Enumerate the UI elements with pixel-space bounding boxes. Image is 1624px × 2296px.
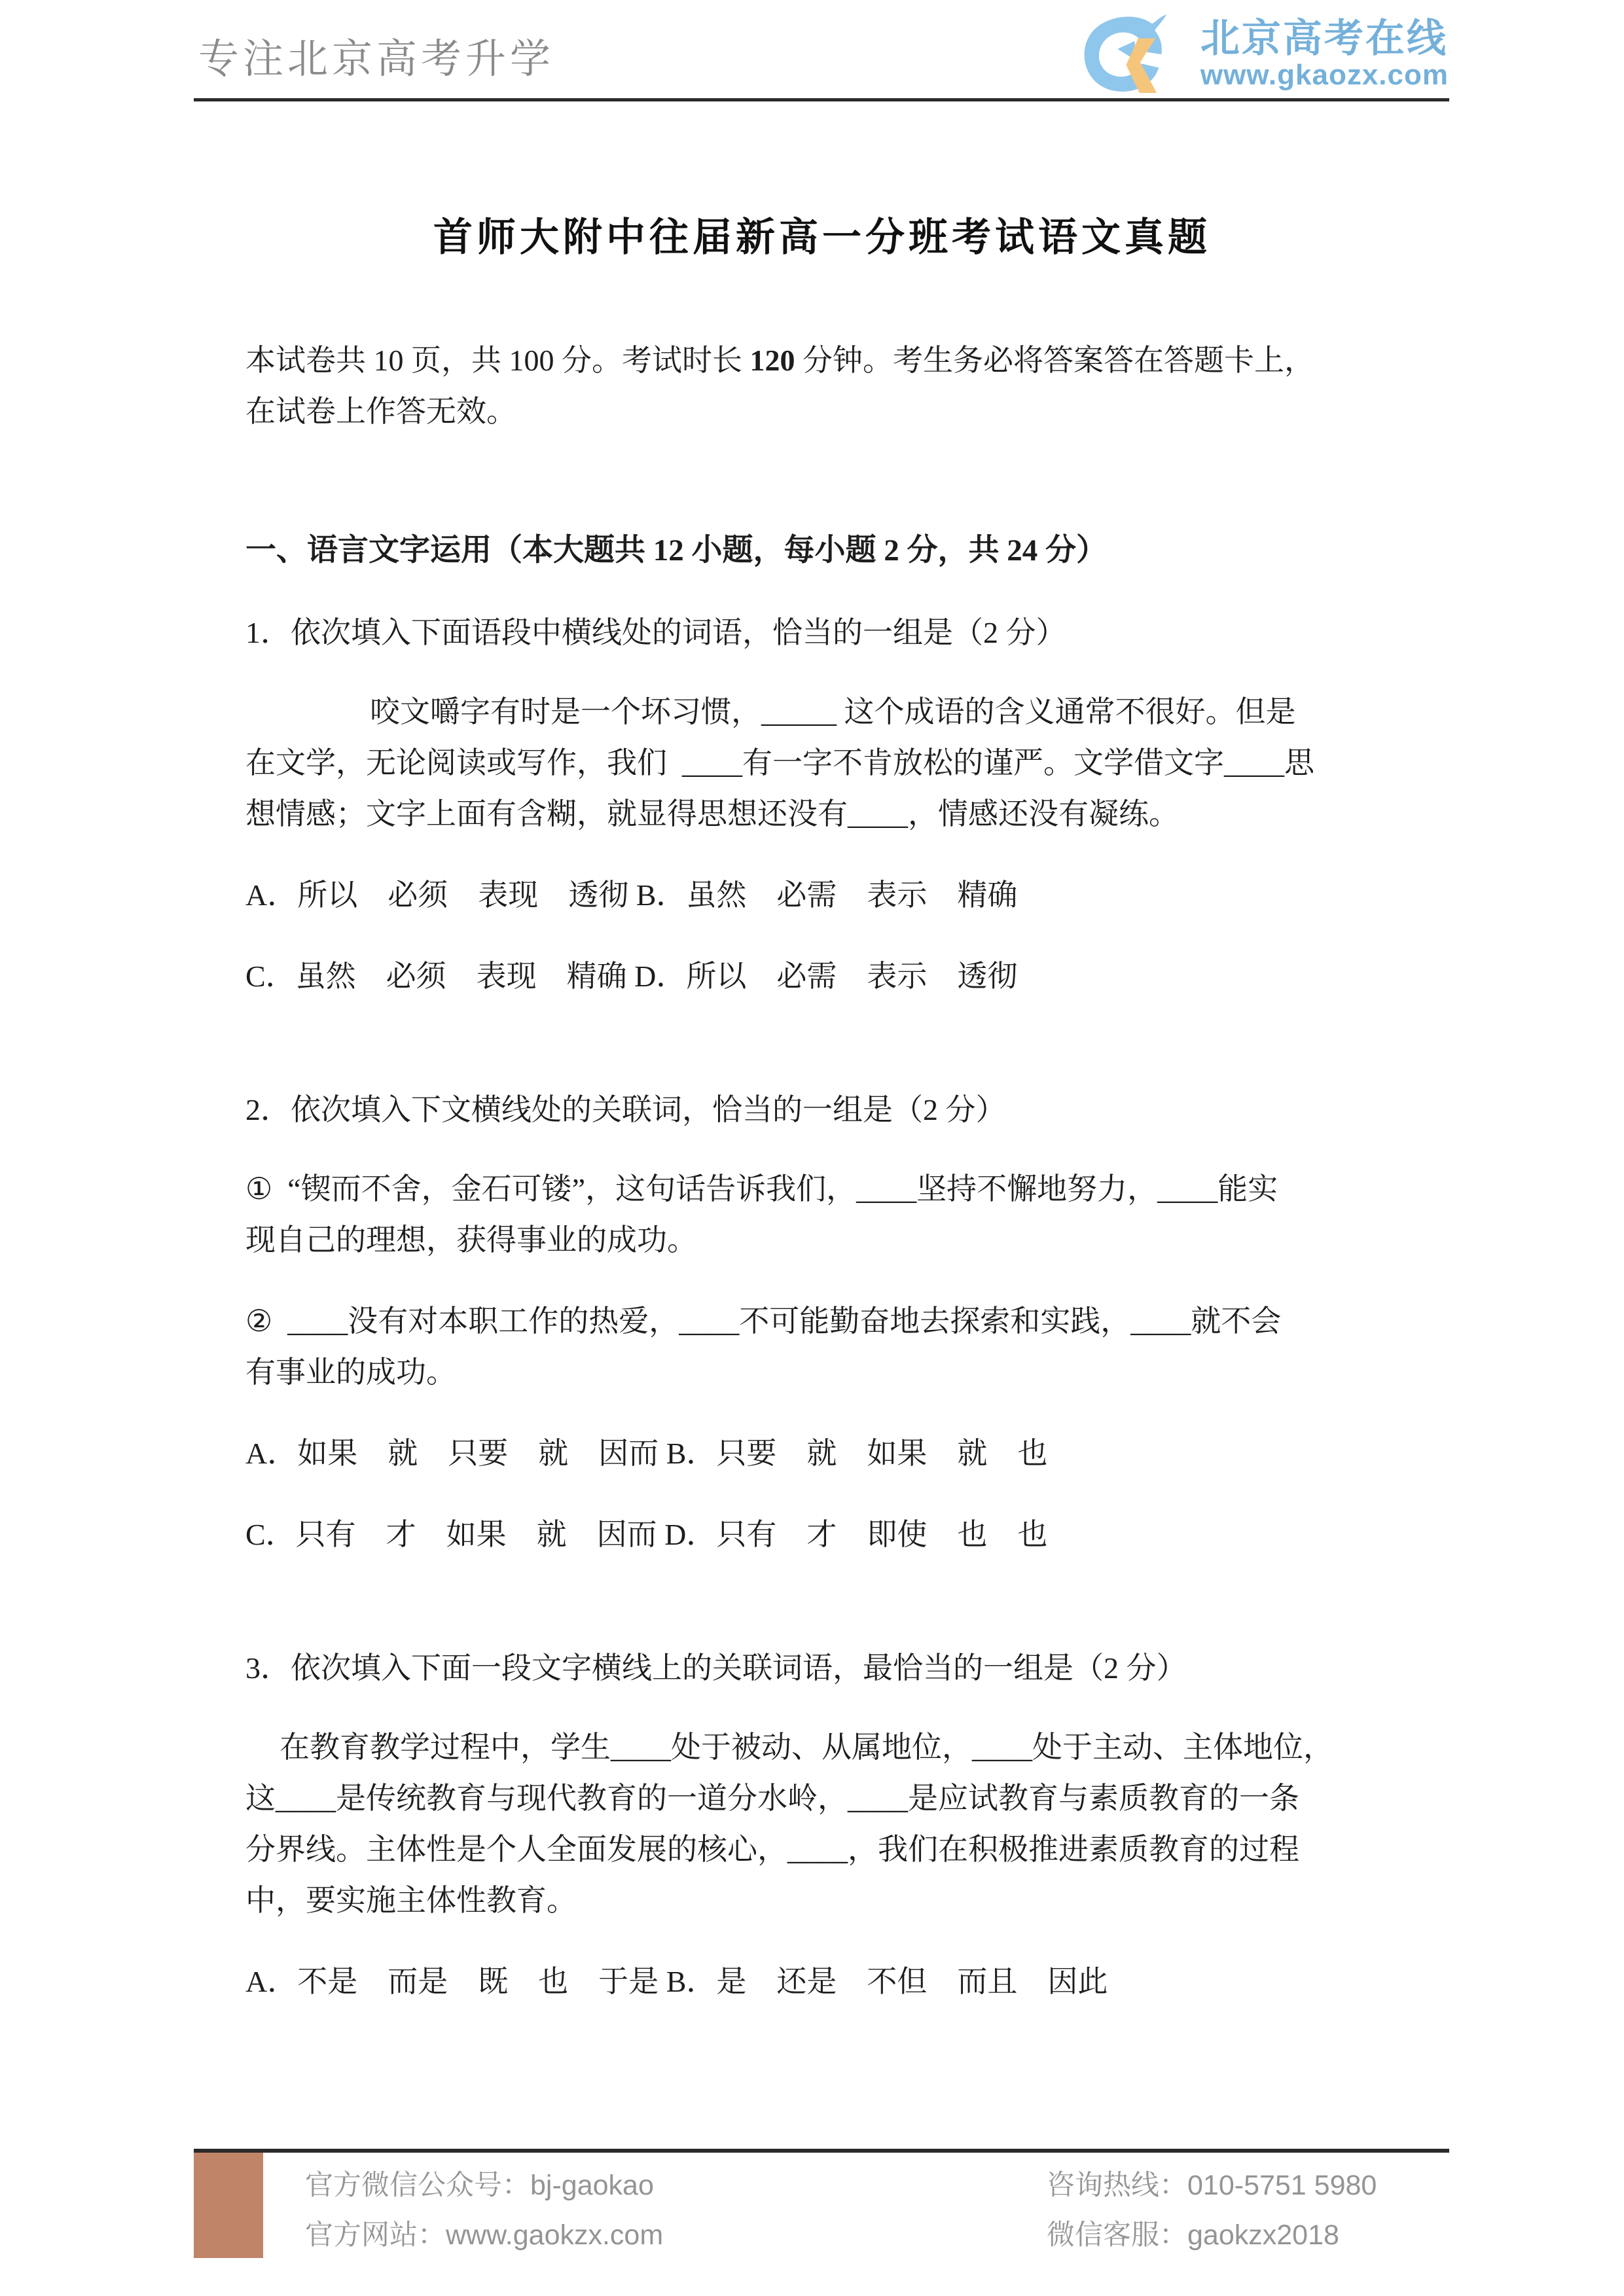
passage-line: ① “锲而不舍，金石可镂”，这句话告诉我们，____坚持不懈地努力，____能实 bbox=[245, 1164, 1399, 1215]
passage-line: 分界线。主体性是个人全面发展的核心，____，我们在积极推进素质教育的过程 bbox=[245, 1824, 1399, 1875]
site-logo: 北京高考在线 www.gkaozx.com bbox=[1074, 14, 1449, 93]
footer-accent-block bbox=[194, 2153, 263, 2258]
question-2-item-2: ② ____没有对本职工作的热爱，____不可能勤奋地去探索和实践，____就不… bbox=[245, 1296, 1399, 1398]
exam-content: 首师大附中往届新高一分班考试语文真题 本试卷共 10 页，共 100 分。考试时… bbox=[245, 213, 1399, 2037]
footer-wechat-account: 官方微信公众号：bj-gaokao bbox=[305, 2161, 663, 2210]
question-2-stem: 2．依次填入下文横线处的关联词，恰当的一组是（2 分） bbox=[245, 1085, 1399, 1136]
logo-name: 北京高考在线 bbox=[1200, 17, 1448, 60]
question-2-options-cd: C．只有 才 如果 就 因而 D．只有 才 即使 也 也 bbox=[245, 1509, 1399, 1560]
exam-instructions: 本试卷共 10 页，共 100 分。考试时长 120 分钟。考生务必将答案答在答… bbox=[245, 335, 1399, 437]
header-divider bbox=[194, 98, 1449, 101]
passage-line: 有事业的成功。 bbox=[245, 1347, 1399, 1398]
question-3-options-ab: A．不是 而是 既 也 于是 B．是 还是 不但 而且 因此 bbox=[245, 1956, 1399, 2007]
question-2-item-1: ① “锲而不舍，金石可镂”，这句话告诉我们，____坚持不懈地努力，____能实… bbox=[245, 1164, 1399, 1266]
logo-url: www.gkaozx.com bbox=[1200, 60, 1449, 90]
bold-duration: 120 bbox=[750, 344, 795, 377]
footer-website: 官方网站：www.gaokzx.com bbox=[305, 2210, 663, 2260]
question-1-options-cd: C．虽然 必须 表现 精确 D．所以 必需 表示 透彻 bbox=[245, 951, 1399, 1002]
header-slogan: 专注北京高考升学 bbox=[198, 37, 554, 82]
question-2: 2．依次填入下文横线处的关联词，恰当的一组是（2 分） ① “锲而不舍，金石可镂… bbox=[245, 1085, 1399, 1560]
footer-hotline: 咨询热线：010-5751 5980 bbox=[1047, 2161, 1377, 2210]
footer-divider bbox=[194, 2149, 1449, 2153]
footer-contact-left: 官方微信公众号：bj-gaokao 官方网站：www.gaokzx.com bbox=[305, 2161, 663, 2260]
gk-logo-icon bbox=[1074, 14, 1183, 93]
exam-document-page: 专注北京高考升学 北京高考在线 www.gkaozx.com 首师大附中往届新高… bbox=[0, 0, 1624, 2296]
passage-line: 在文学，无论阅读或写作，我们 ____有一字不肯放松的谨严。文学借文字____思 bbox=[245, 738, 1399, 789]
question-1-options-ab: A．所以 必须 表现 透彻 B．虽然 必需 表示 精确 bbox=[245, 870, 1399, 921]
logo-text: 北京高考在线 www.gkaozx.com bbox=[1200, 17, 1449, 90]
passage-line: 想情感；文字上面有含糊，就显得思想还没有____，情感还没有凝练。 bbox=[245, 789, 1399, 840]
question-3-passage: 在教育教学过程中，学生____处于被动、从属地位，____处于主动、主体地位， … bbox=[245, 1722, 1399, 1926]
question-3-stem: 3．依次填入下面一段文字横线上的关联词语，最恰当的一组是（2 分） bbox=[245, 1643, 1399, 1694]
passage-line: 中，要实施主体性教育。 bbox=[245, 1875, 1399, 1926]
exam-title: 首师大附中往届新高一分班考试语文真题 bbox=[245, 213, 1399, 262]
question-1-stem: 1．依次填入下面语段中横线处的词语，恰当的一组是（2 分） bbox=[245, 607, 1399, 658]
passage-line: ② ____没有对本职工作的热爱，____不可能勤奋地去探索和实践，____就不… bbox=[245, 1296, 1399, 1347]
passage-line: 这____是传统教育与现代教育的一道分水岭，____是应试教育与素质教育的一条 bbox=[245, 1773, 1399, 1824]
footer-contact-right: 咨询热线：010-5751 5980 微信客服：gaokzx2018 bbox=[1047, 2161, 1377, 2260]
footer-wechat-service: 微信客服：gaokzx2018 bbox=[1047, 2210, 1377, 2260]
question-2-options-ab: A．如果 就 只要 就 因而 B．只要 就 如果 就 也 bbox=[245, 1428, 1399, 1479]
instructions-line-2: 在试卷上作答无效。 bbox=[245, 386, 1399, 437]
section-1-heading: 一、语言文字运用（本大题共 12 小题，每小题 2 分，共 24 分） bbox=[245, 525, 1399, 576]
question-1: 1．依次填入下面语段中横线处的词语，恰当的一组是（2 分） 咬文嚼字有时是一个坏… bbox=[245, 607, 1399, 1002]
passage-line: 在教育教学过程中，学生____处于被动、从属地位，____处于主动、主体地位， bbox=[245, 1722, 1399, 1773]
question-1-passage: 咬文嚼字有时是一个坏习惯，_____ 这个成语的含义通常不很好。但是 在文学，无… bbox=[245, 687, 1399, 840]
passage-line: 咬文嚼字有时是一个坏习惯，_____ 这个成语的含义通常不很好。但是 bbox=[245, 687, 1399, 738]
passage-line: 现自己的理想，获得事业的成功。 bbox=[245, 1215, 1399, 1266]
question-3: 3．依次填入下面一段文字横线上的关联词语，最恰当的一组是（2 分） 在教育教学过… bbox=[245, 1643, 1399, 2007]
instructions-line-1: 本试卷共 10 页，共 100 分。考试时长 120 分钟。考生务必将答案答在答… bbox=[245, 335, 1399, 386]
